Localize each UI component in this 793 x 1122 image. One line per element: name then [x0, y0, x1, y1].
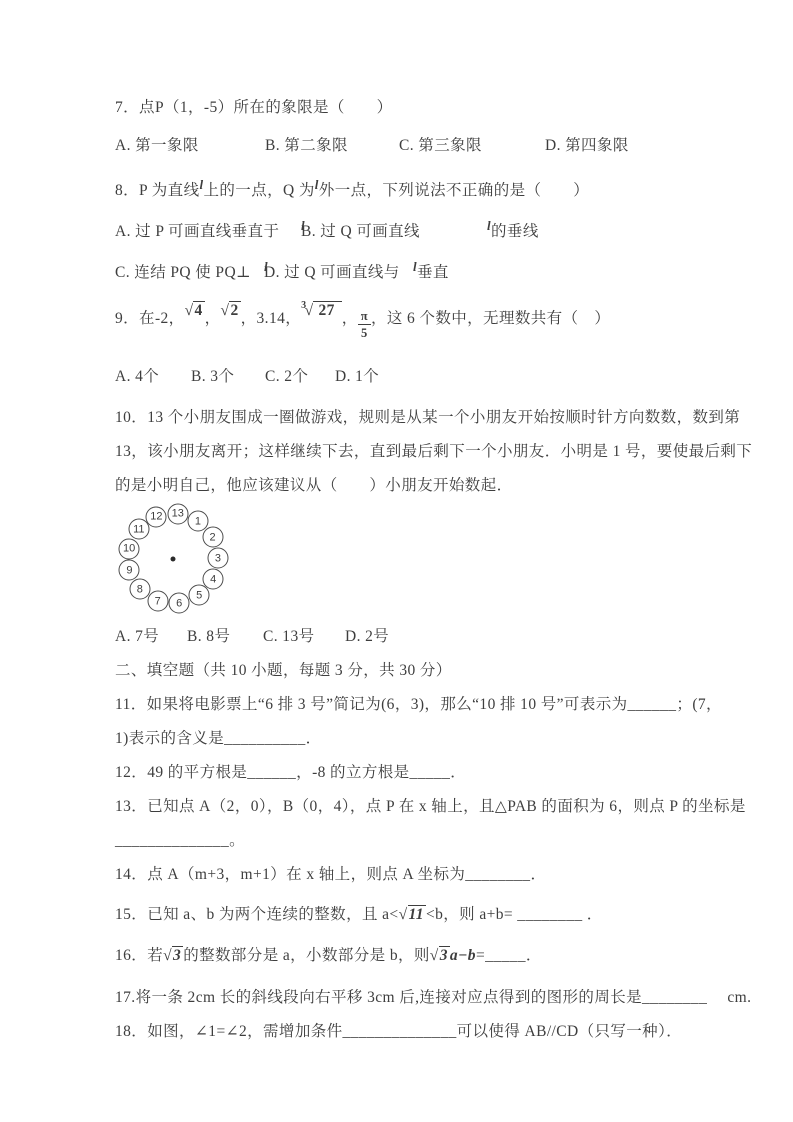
option-c: C. 连结 PQ 使 PQ⊥l	[115, 262, 264, 283]
pi-over-5-fraction: π5	[358, 309, 371, 341]
question-8-stem: 8．P 为直线l上的一点，Q 为l外一点，下列说法不正确的是（ ）	[115, 180, 708, 201]
question-10-options: A. 7号B. 8号C. 13号D. 2号	[115, 626, 708, 647]
circle-number: 13	[167, 503, 188, 524]
circle-diagram: 13123456789101112	[115, 506, 708, 618]
circle-number: 8	[129, 579, 150, 600]
question-10-line1: 10．13 个小朋友围成一圈做游戏，规则是从某一个小朋友开始按顺时针方向数数，数…	[115, 407, 708, 428]
circle-number: 11	[128, 519, 149, 540]
question-11-line2: 1)表示的含义是__________．	[115, 728, 708, 749]
question-7-options: A. 第一象限B. 第二象限C. 第三象限D. 第四象限	[115, 135, 708, 156]
question-8-options-row1: A. 过 P 可画直线垂直于lB. 过 Q 可画直线l的垂线	[115, 221, 708, 242]
circle-number: 9	[119, 560, 140, 581]
question-13-line1: 13．已知点 A（2，0），B（0，4），点 P 在 x 轴上，且△PAB 的面…	[115, 796, 708, 817]
question-9-options: A. 4个B. 3个C. 2个D. 1个	[115, 366, 708, 387]
question-18-stem: 18．如图，∠1=∠2，需增加条件______________可以使得 AB//…	[115, 1021, 708, 1042]
section-2-header: 二、填空题（共 10 小题，每题 3 分，共 30 分）	[115, 660, 708, 681]
sqrt-3a-minus-b-expression: √3	[430, 945, 450, 966]
question-17-stem: 17.将一条 2cm 长的斜线段向右平移 3cm 后,连接对应点得到的图形的周长…	[115, 987, 708, 1008]
question-8-options-row2: C. 连结 PQ 使 PQ⊥lD. 过 Q 可画直线与l垂直	[115, 262, 708, 283]
circle-number: 5	[189, 585, 210, 606]
option-b: B. 过 Q 可画直线l的垂线	[301, 221, 539, 242]
option-d: D. 2号	[345, 626, 389, 647]
circle-number: 12	[146, 506, 167, 527]
question-9-stem: 9．在-2，√4，√2，3.14，3√27，π5，这 6 个数中，无理数共有（ …	[115, 303, 708, 348]
option-a: A. 4个	[115, 366, 191, 387]
circle-number: 7	[147, 591, 168, 612]
option-b: B. 3个	[191, 366, 265, 387]
option-b: B. 第二象限	[265, 135, 399, 156]
question-10-line2: 13，该小朋友离开；这样继续下去，直到最后剩下一个小朋友．小明是 1 号，要使最…	[115, 441, 708, 462]
question-15-stem: 15．已知 a、b 为两个连续的整数，且 a<√11<b，则 a+b= ____…	[115, 904, 708, 925]
option-a: A. 7号	[115, 626, 187, 647]
question-13-line2: ______________。	[115, 830, 708, 851]
circle-number: 10	[119, 538, 140, 559]
question-16-stem: 16．若√3的整数部分是 a，小数部分是 b，则√3a−b=_____．	[115, 945, 708, 966]
question-10-line3: 的是小明自己，他应该建议从（ ）小朋友开始数起．	[115, 475, 708, 496]
option-c: C. 第三象限	[399, 135, 545, 156]
sqrt-4-expression: √4	[185, 300, 205, 321]
question-12-stem: 12．49 的平方根是______，-8 的立方根是_____．	[115, 762, 708, 783]
variable-expression: a−b	[450, 947, 476, 964]
option-a: A. 第一象限	[115, 135, 265, 156]
question-11-line1: 11．如果将电影票上“6 排 3 号”简记为(6，3)，那么“10 排 10 号…	[115, 694, 708, 715]
question-14-stem: 14．点 A（m+3，m+1）在 x 轴上，则点 A 坐标为________．	[115, 864, 708, 885]
sqrt-11-expression: √11	[399, 904, 426, 925]
sqrt-3-expression: √3	[163, 945, 183, 966]
exam-content: 7．点P（1，-5）所在的象限是（ ） A. 第一象限B. 第二象限C. 第三象…	[115, 97, 708, 1059]
question-7-stem: 7．点P（1，-5）所在的象限是（ ）	[115, 97, 708, 118]
cube-root-27-expression: 3√27	[301, 295, 342, 321]
sqrt-2-expression: √2	[221, 300, 241, 321]
option-b: B. 8号	[187, 626, 263, 647]
option-c: C. 13号	[263, 626, 345, 647]
option-d: D. 第四象限	[545, 135, 629, 156]
center-dot	[171, 556, 176, 561]
option-d: D. 过 Q 可画直线与l垂直	[264, 262, 449, 283]
option-c: C. 2个	[265, 366, 335, 387]
exam-page: 7．点P（1，-5）所在的象限是（ ） A. 第一象限B. 第二象限C. 第三象…	[0, 0, 793, 1122]
option-d: D. 1个	[335, 366, 379, 387]
option-a: A. 过 P 可画直线垂直于l	[115, 221, 301, 242]
circle-number: 6	[169, 593, 190, 614]
circle-number: 2	[202, 527, 223, 548]
circle-number: 3	[207, 548, 228, 569]
